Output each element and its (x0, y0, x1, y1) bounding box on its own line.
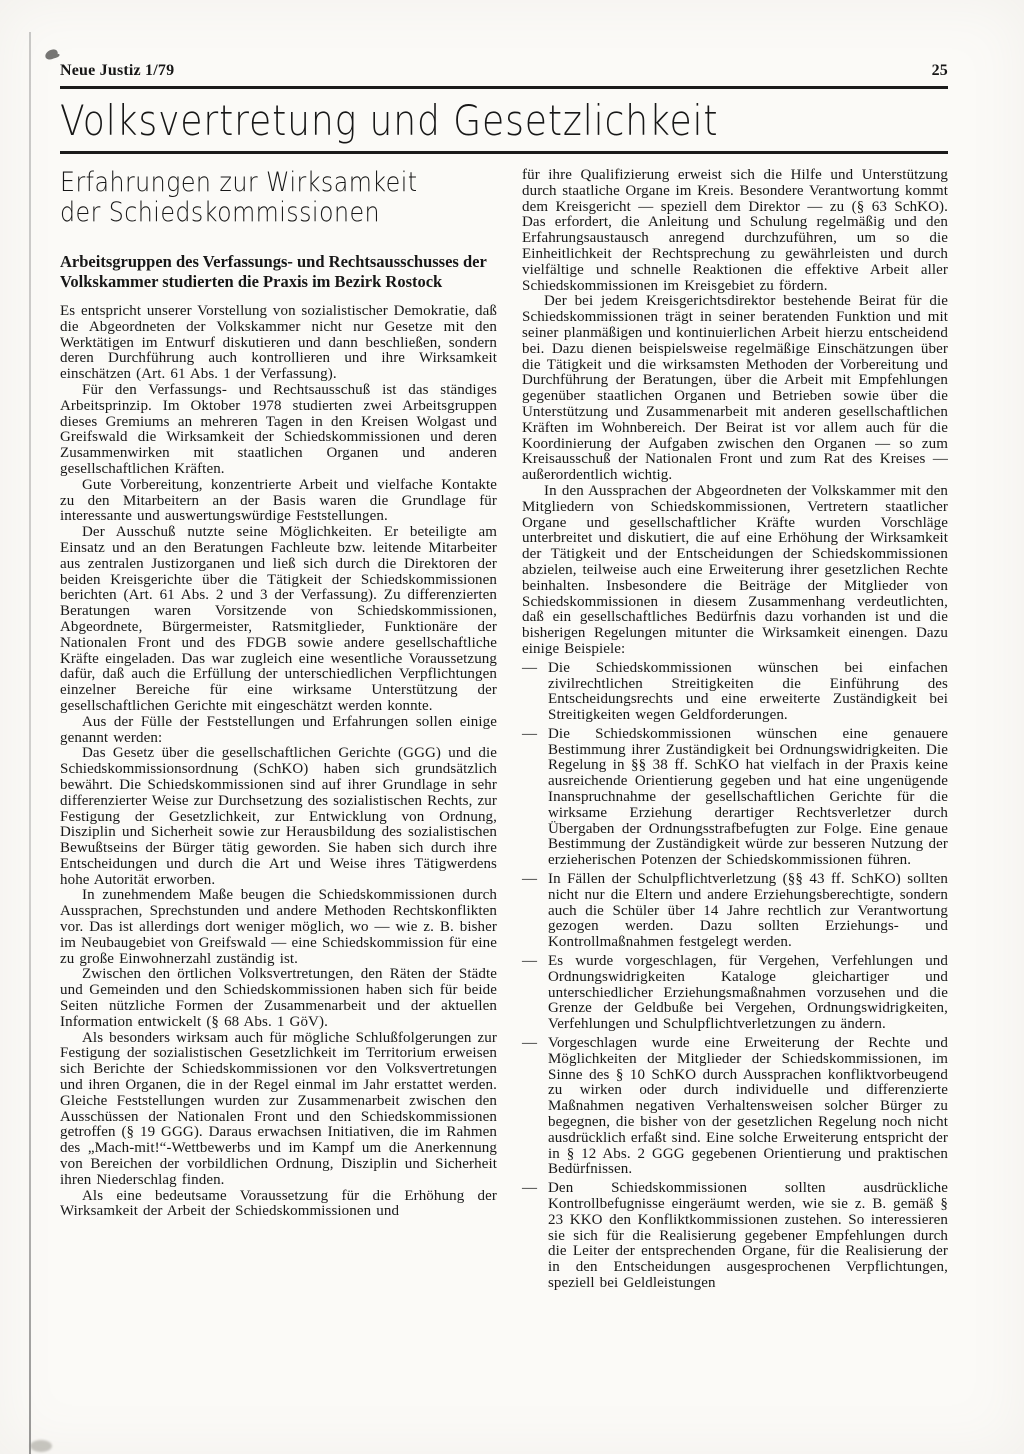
left-column: Erfahrungen zur Wirksamkeit der Schiedsk… (60, 168, 497, 1292)
right-column: für ihre Qualifizierung erweist sich die… (522, 168, 948, 1292)
bullet-item: — Den Schiedskommissionen sollten ausdrü… (522, 1181, 948, 1292)
ink-smudge (44, 48, 59, 61)
bullet-dash: — (522, 727, 548, 869)
bullet-dash: — (522, 954, 548, 1033)
article-title: Erfahrungen zur Wirksamkeit der Schiedsk… (60, 168, 445, 228)
body-paragraph: Gute Vorbereitung, konzentrierte Arbeit … (60, 478, 497, 525)
body-paragraph: Für den Verfassungs- und Rechtsausschuß … (60, 383, 497, 478)
section-title-rule (60, 151, 948, 154)
body-paragraph: Als besonders wirksam auch für mögliche … (60, 1031, 497, 1189)
journal-page: Neue Justiz 1/79 25 Volksvertretung und … (0, 0, 1024, 1454)
body-paragraph: Der bei jedem Kreisgerichtsdirektor best… (522, 294, 948, 484)
article-title-line-1: Erfahrungen zur Wirksamkeit (60, 167, 418, 198)
page-number: 25 (932, 62, 948, 80)
bullet-item: — Die Schiedskommissionen wünschen bei e… (522, 661, 948, 724)
article-columns: Erfahrungen zur Wirksamkeit der Schiedsk… (60, 168, 948, 1292)
section-title: Volksvertretung und Gesetzlichkeit (60, 98, 824, 144)
bullet-text: Es wurde vorgeschlagen, für Vergehen, Ve… (548, 954, 948, 1033)
body-paragraph: In den Aussprachen der Abgeordneten der … (522, 484, 948, 658)
journal-title: Neue Justiz 1/79 (60, 62, 174, 80)
article-title-line-2: der Schiedskommissionen (60, 197, 380, 228)
bullet-text: In Fällen der Schulpflichtverletzung (§§… (548, 872, 948, 951)
body-paragraph: Als eine bedeutsame Voraussetzung für di… (60, 1189, 497, 1221)
bullet-dash: — (522, 1036, 548, 1178)
bullet-text: Den Schiedskommissionen sollten ausdrück… (548, 1181, 948, 1292)
body-paragraph: für ihre Qualifizierung erweist sich die… (522, 168, 948, 294)
bullet-text: Vorgeschlagen wurde eine Erweiterung der… (548, 1036, 948, 1178)
body-paragraph: Das Gesetz über die gesellschaftlichen G… (60, 746, 497, 888)
page-content: Neue Justiz 1/79 25 Volksvertretung und … (60, 0, 948, 1292)
body-paragraph: Zwischen den örtlichen Volksvertretungen… (60, 967, 497, 1030)
bullet-dash: — (522, 872, 548, 951)
scan-smudge-bottom (30, 1440, 52, 1452)
bullet-dash: — (522, 1181, 548, 1292)
article-kicker: Arbeitsgruppen des Verfassungs- und Rech… (60, 252, 497, 292)
bullet-item: — Die Schiedskommissionen wünschen eine … (522, 727, 948, 869)
bullet-item: — In Fällen der Schulpflichtverletzung (… (522, 872, 948, 951)
scan-edge-line (29, 32, 31, 1454)
body-paragraph: Der Ausschuß nutzte seine Möglichkeiten.… (60, 525, 497, 715)
body-paragraph: Es entspricht unserer Vorstellung von so… (60, 304, 497, 383)
body-paragraph: Aus der Fülle der Feststellungen und Erf… (60, 715, 497, 747)
bullet-dash: — (522, 661, 548, 724)
bullet-text: Die Schiedskommissionen wünschen eine ge… (548, 727, 948, 869)
body-paragraph: In zunehmendem Maße beugen die Schiedsko… (60, 888, 497, 967)
bullet-item: — Es wurde vorgeschlagen, für Vergehen, … (522, 954, 948, 1033)
bullet-text: Die Schiedskommissionen wünschen bei ein… (548, 661, 948, 724)
masthead-rule (60, 86, 948, 89)
masthead: Neue Justiz 1/79 25 (60, 62, 948, 80)
bullet-item: — Vorgeschlagen wurde eine Erweiterung d… (522, 1036, 948, 1178)
